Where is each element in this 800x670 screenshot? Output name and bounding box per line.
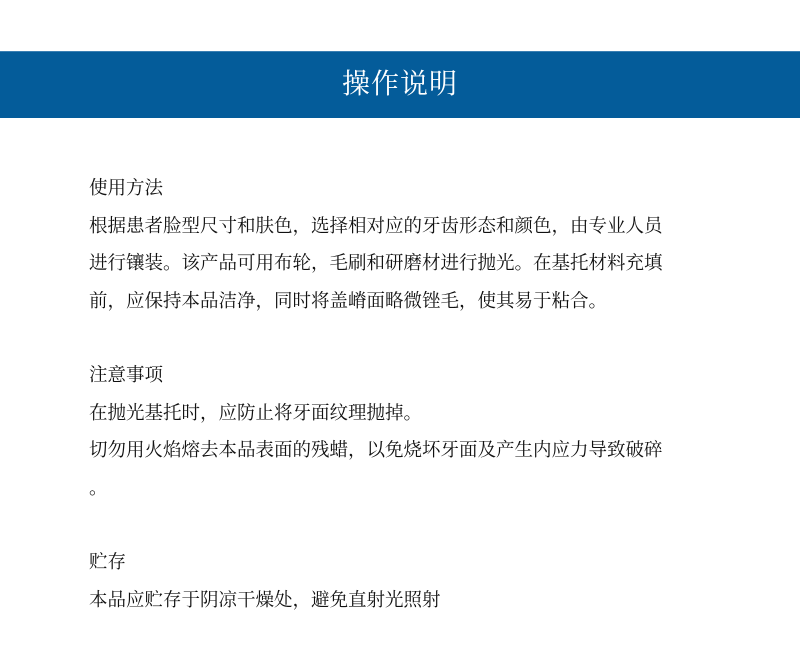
section-usage: 使用方法 根据患者脸型尺寸和肤色，选择相对应的牙齿形态和颜色，由专业人员 进行镶…	[89, 170, 729, 320]
paragraph-line: 本品应贮存于阴凉干燥处，避免直射光照射	[89, 582, 729, 620]
section-spacer	[89, 320, 729, 357]
section-spacer	[89, 507, 729, 544]
paragraph-line: 在抛光基托时，应防止将牙面纹理抛掉。	[89, 395, 729, 433]
paragraph-line: 切勿用火焰熔去本品表面的残蜡，以免烧坏牙面及产生内应力导致破碎	[89, 432, 729, 470]
section-storage: 贮存 本品应贮存于阴凉干燥处，避免直射光照射	[89, 544, 729, 619]
paragraph-line: 进行镶装。该产品可用布轮，毛刷和研磨材进行抛光。在基托材料充填	[89, 245, 729, 283]
section-precautions: 注意事项 在抛光基托时，应防止将牙面纹理抛掉。 切勿用火焰熔去本品表面的残蜡，以…	[89, 357, 729, 507]
header-banner: 操作说明	[0, 51, 800, 118]
instructions-content: 使用方法 根据患者脸型尺寸和肤色，选择相对应的牙齿形态和颜色，由专业人员 进行镶…	[89, 170, 729, 619]
paragraph-line: 前，应保持本品洁净，同时将盖嵴面略微锉毛，使其易于粘合。	[89, 283, 729, 321]
section-heading: 使用方法	[89, 170, 729, 208]
paragraph-line: 。	[89, 470, 729, 508]
section-heading: 贮存	[89, 544, 729, 582]
paragraph-line: 根据患者脸型尺寸和肤色，选择相对应的牙齿形态和颜色，由专业人员	[89, 208, 729, 246]
section-heading: 注意事项	[89, 357, 729, 395]
page-title: 操作说明	[0, 66, 800, 102]
